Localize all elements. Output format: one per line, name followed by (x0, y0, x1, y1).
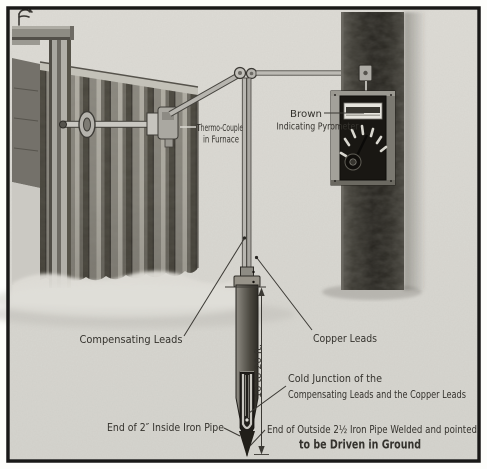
board-left-strip (331, 91, 340, 185)
label-compensating-leads: Compensating Leads (80, 333, 183, 346)
conduit-tube-right (247, 78, 251, 268)
figure-page: 10 to 20 ft. Thermo-Couple in Furnace Br… (0, 0, 487, 469)
board-top-strip (331, 91, 395, 96)
thermocouple-rod (62, 121, 154, 127)
label-cold-junction-line1: Cold Junction of the (288, 373, 382, 385)
ground-mound-soft (0, 283, 260, 317)
label-pyrometer-line2: Indicating Pyrometer (277, 122, 359, 133)
leader-dot (255, 256, 258, 259)
rod-end-knob (60, 121, 67, 128)
cold-junction-point (245, 418, 248, 421)
furnace-lower-left (12, 182, 40, 285)
pipe-dot (252, 281, 254, 283)
furnace (12, 58, 200, 285)
label-outside-pipe-line1: End of Outside 2½ Iron Pipe Welded and p… (267, 423, 477, 436)
flange-hub (84, 118, 91, 131)
label-depth: 10 to 20 ft. (254, 344, 264, 398)
head-drip (165, 139, 173, 147)
junction-box-hub (363, 71, 367, 75)
pyrometer-instrument (331, 91, 395, 185)
elbow-hub (238, 71, 242, 75)
head-collar (147, 113, 159, 135)
label-pyrometer-line1: Brown (290, 109, 322, 120)
leader-dot (243, 236, 246, 239)
pipe-dot (252, 271, 254, 273)
label-copper-leads: Copper Leads (313, 332, 377, 345)
elbow-hub (250, 72, 254, 76)
furnace-left-panel (12, 58, 40, 188)
label-cold-junction-line2: Compensating Leads and the Copper Leads (288, 389, 466, 401)
board-right-strip (386, 91, 395, 185)
label-thermocouple-line1: Thermo-Couple (196, 123, 243, 134)
pyrometer-knob-center (350, 159, 356, 165)
scale-line (346, 115, 380, 117)
board-bottom-strip (331, 180, 395, 185)
label-inside-pipe: End of 2″ Inside Iron Pipe (107, 422, 224, 434)
label-thermocouple-line2: in Furnace (203, 135, 239, 146)
scale-band (346, 107, 380, 113)
frame-post (49, 40, 71, 288)
figure-illustration: 10 to 20 ft. Thermo-Couple in Furnace Br… (0, 0, 487, 469)
label-outside-pipe-line2: to be Driven in Ground (299, 438, 421, 452)
column-cast-shadow (404, 12, 426, 290)
